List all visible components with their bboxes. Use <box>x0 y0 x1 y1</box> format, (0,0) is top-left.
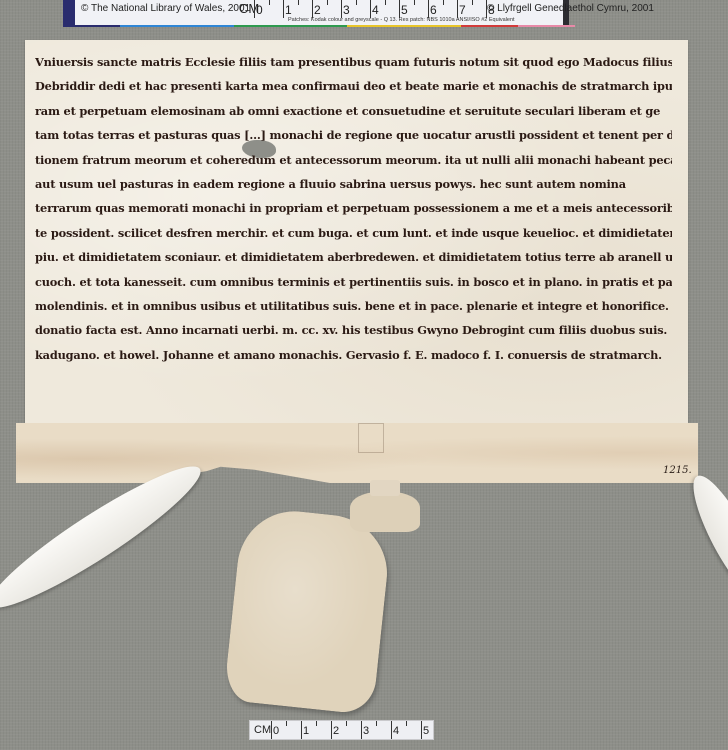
ruler-tick-label: 5 <box>401 3 408 17</box>
seal-bag <box>223 506 393 716</box>
ruler-major-tick <box>271 721 272 739</box>
patches-note: Patches: Kodak colour and greyscale - Q … <box>288 17 515 23</box>
ruler-major-tick <box>399 0 400 18</box>
ruler-minor-tick <box>356 0 357 5</box>
ruler-tick-label: 2 <box>333 725 339 737</box>
ruler-tick-label: 1 <box>303 725 309 737</box>
archive-number: 1215. <box>663 465 692 476</box>
ruler-minor-tick <box>443 0 444 5</box>
charter-line: kadugano. et howel. Johanne et amano mon… <box>35 348 672 372</box>
ruler-tick-label: 3 <box>363 725 369 737</box>
charter-line: molendinis. et in omnibus usibus et util… <box>35 299 672 323</box>
ruler-tick-label: 4 <box>372 3 379 17</box>
ruler-minor-tick <box>385 0 386 5</box>
color-patch <box>518 25 575 27</box>
ruler-minor-tick <box>472 0 473 5</box>
copyright-left: © The National Library of Wales, 2001 <box>81 3 250 14</box>
color-patch <box>177 25 234 27</box>
ruler-tick-label: 5 <box>423 725 429 737</box>
charter-line: tionem fratrum meorum et coheredum et an… <box>35 153 672 177</box>
charter-line: cuoch. et tota kanesseit. cum omnibus te… <box>35 275 672 299</box>
seal-tag <box>370 480 400 496</box>
charter-text: Vniuersis sancte matris Ecclesie filiis … <box>35 55 685 372</box>
ruler-major-tick <box>421 721 422 739</box>
ruler-tick-label: 7 <box>459 3 466 17</box>
ruler-major-tick <box>370 0 371 18</box>
ruler-major-tick <box>331 721 332 739</box>
ruler-minor-tick <box>269 0 270 5</box>
color-patch <box>63 25 120 27</box>
ruler-tick-label: 0 <box>256 3 263 17</box>
calibration-scale-bottom: CM 012345 <box>249 720 434 740</box>
color-patch <box>347 25 404 27</box>
ruler-major-tick <box>391 721 392 739</box>
parchment-fold <box>16 423 698 483</box>
color-patch <box>234 25 291 27</box>
ruler-major-tick <box>283 0 284 18</box>
calibration-scale-top: © The National Library of Wales, 2001 CM… <box>63 0 569 25</box>
charter-line: terrarum quas memorati monachi in propri… <box>35 201 672 225</box>
ruler-minor-tick <box>406 721 407 726</box>
color-patch <box>120 25 177 27</box>
ruler-major-tick <box>301 721 302 739</box>
ruler-major-tick <box>341 0 342 18</box>
charter-line: ram et perpetuam elemosinam ab omni exac… <box>35 104 672 128</box>
bone-folder-right <box>681 468 728 609</box>
ruler-major-tick <box>254 0 255 18</box>
ruler-tick-label: 2 <box>314 3 321 17</box>
ruler-minor-tick <box>316 721 317 726</box>
charter-line: aut usum uel pasturas in eadem regione a… <box>35 177 672 201</box>
charter-line: tam totas terras et pasturas quas [...] … <box>35 128 672 152</box>
charter-line: te possident. scilicet desfren merchir. … <box>35 226 672 250</box>
seal-bag-neck <box>350 492 420 532</box>
ruler-minor-tick <box>376 721 377 726</box>
charter-line: donatio facta est. Anno incarnati uerbi.… <box>35 323 672 347</box>
ruler-top: 012345678 <box>254 0 484 18</box>
ruler-tick-label: 4 <box>393 725 399 737</box>
ruler-minor-tick <box>414 0 415 5</box>
ruler-minor-tick <box>286 721 287 726</box>
ruler-major-tick <box>457 0 458 18</box>
ruler-tick-label: 0 <box>273 725 279 737</box>
color-patch <box>291 25 348 27</box>
color-patch-strip <box>63 25 575 27</box>
ruler-bottom: 012345 <box>271 721 433 739</box>
charter-line: Vniuersis sancte matris Ecclesie filiis … <box>35 55 672 79</box>
color-patch <box>404 25 461 27</box>
charter-line: Debriddir dedi et hac presenti karta mea… <box>35 79 672 103</box>
color-patch <box>461 25 518 27</box>
ruler-major-tick <box>428 0 429 18</box>
ruler-tick-label: 1 <box>285 3 292 17</box>
charter-line: piu. et dimidietatem sconiaur. et dimidi… <box>35 250 672 274</box>
ruler-major-tick <box>312 0 313 18</box>
ruler-minor-tick <box>346 721 347 726</box>
cm-label: CM <box>254 724 271 736</box>
ruler-tick-label: 6 <box>430 3 437 17</box>
ruler-tick-label: 3 <box>343 3 350 17</box>
ruler-minor-tick <box>327 0 328 5</box>
ruler-minor-tick <box>298 0 299 5</box>
ruler-major-tick <box>361 721 362 739</box>
seal-strap-slot <box>358 423 384 453</box>
copyright-right: © Llyfrgell Genedlaethol Cymru, 2001 <box>487 3 654 14</box>
